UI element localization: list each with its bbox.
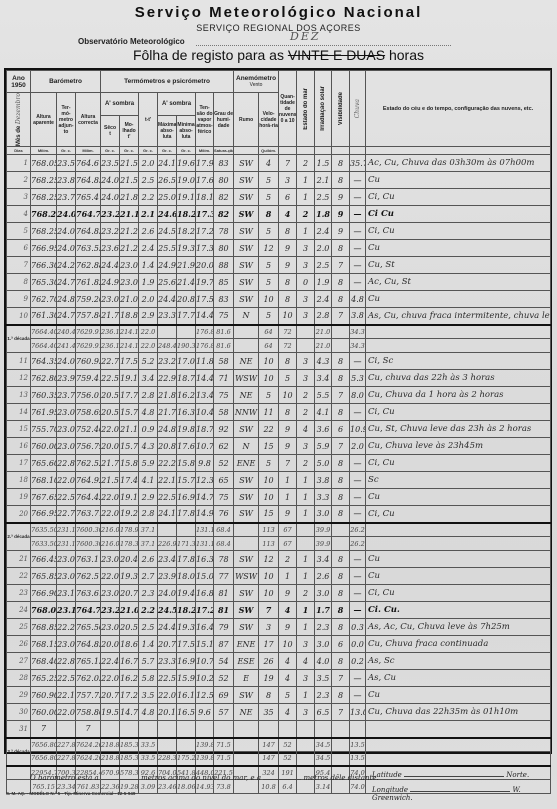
cell-alt-ap: 762.80 (31, 370, 57, 387)
table-row: 21766.4523.0763.1723.020.42.623.417.816.… (7, 551, 551, 568)
cell-chuva: 8.0 (350, 387, 366, 404)
cell-molh: 21.0 (120, 602, 139, 619)
day-cell: 23 (7, 585, 31, 602)
decade-value (297, 537, 315, 551)
cell-dif: 2.8 (139, 387, 158, 404)
cell-neb: 4 (279, 206, 297, 223)
cell-vis: 8 (332, 687, 350, 704)
cell-tensao: 12.5 (196, 687, 214, 704)
cell-max: 24.1 (158, 506, 177, 523)
cell-alt-cor: 756.79 (76, 438, 101, 455)
cell-vel: 5 (259, 189, 279, 206)
cell-tensao: 17.6 (196, 172, 214, 189)
cell-tensao: 14.4 (196, 370, 214, 387)
cell-rumo: N (234, 308, 259, 325)
cell-alt-ap: 766.90 (31, 585, 57, 602)
decade-value: 7635.50 (31, 523, 57, 537)
cell-term: 24.0 (57, 353, 76, 370)
cell-neb: 2 (279, 551, 297, 568)
cell-mar: 2 (297, 585, 315, 602)
cell-seco: 22.0 (101, 489, 120, 506)
cell-vis: 8 (332, 455, 350, 472)
cell-max: 22.9 (158, 370, 177, 387)
cell-vis: 8 (332, 602, 350, 619)
cell-chuva: 0.0 (350, 636, 366, 653)
unit-cell: Gr. c. (101, 147, 120, 155)
decade-value: 240.4 (57, 325, 76, 339)
decade-value (332, 339, 350, 353)
barometer-note: O barómetro está a metros acima do nível… (30, 774, 379, 782)
table-row: 1768.0523.5764.6723.521.52.024.119.617.9… (7, 155, 551, 172)
decade-value (332, 537, 350, 551)
decade-value (332, 523, 350, 537)
cell-rumo: SW (234, 472, 259, 489)
max-temp-header: Máxima abso-luta (158, 115, 177, 147)
cell-alt-cor: 764.78 (76, 206, 101, 223)
cell-min: 15.9 (177, 670, 196, 687)
decade-value: 67 (279, 523, 297, 537)
cell-alt-ap: 762.70 (31, 291, 57, 308)
cell-dif (139, 721, 158, 738)
cell-dif: 2.0 (139, 291, 158, 308)
cell-alt-cor: 764.67 (76, 155, 101, 172)
cell-sky-state: Sc (366, 472, 551, 489)
decade-blank (366, 752, 551, 766)
cell-vel: 12 (259, 240, 279, 257)
table-row: 26768.1523.0764.8520.018.61.420.717.515.… (7, 636, 551, 653)
decade-value (177, 738, 196, 752)
cell-max: 24.6 (158, 206, 177, 223)
day-cell: 8 (7, 274, 31, 291)
cell-sky-state: As, Cu (366, 670, 551, 687)
cell-term: 22.7 (57, 506, 76, 523)
cell-molh: 16.2 (120, 670, 139, 687)
cell-mar: 3 (297, 308, 315, 325)
cell-term: 23.1 (57, 602, 76, 619)
cell-chuva: 0.2 (350, 653, 366, 670)
cell-dif: 4.8 (139, 404, 158, 421)
cell-irr: 3.6 (315, 421, 332, 438)
decade-value: 13.5 (350, 752, 366, 766)
decade-value (297, 752, 315, 766)
corrected-height-header: Altura correcta (76, 93, 101, 147)
attached-thermometer-header: Ter-mó-metro adjun-to (57, 93, 76, 147)
cell-alt-ap: 766.45 (31, 551, 57, 568)
table-row: 28765.2522.5762.0322.016.25.822.515.910.… (7, 670, 551, 687)
unit-cell: Gr. c. (139, 147, 158, 155)
cell-hum: 58 (214, 404, 234, 421)
decade-value: 26.2 (350, 537, 366, 551)
cell-mar: 3 (297, 704, 315, 721)
cell-molh: 21.5 (120, 155, 139, 172)
decade-value: 7656.80 (31, 752, 57, 766)
cell-hum: 78 (214, 551, 234, 568)
cell-min: 17.6 (177, 438, 196, 455)
unit-cell: Quilóm. (259, 147, 279, 155)
cell-max: 24.9 (158, 257, 177, 274)
decade-summary-row: 1.ª década7664.40240.47629.91236.1214.12… (7, 325, 551, 339)
cell-mar: 4 (297, 421, 315, 438)
cell-rumo: ENE (234, 636, 259, 653)
shade-header-1: A' sombra (101, 93, 139, 116)
cell-sky-state: Cu, Chuva fraca continuada (366, 636, 551, 653)
cell-mar: 0 (297, 274, 315, 291)
cell-dif: 5.8 (139, 670, 158, 687)
cell-vis: 7 (332, 704, 350, 721)
cell-rumo: NE (234, 387, 259, 404)
cell-hum: 81 (214, 585, 234, 602)
sea-state-header: Estado do mar (297, 71, 315, 147)
cell-alt-cor: 765.47 (76, 189, 101, 206)
decade-value: 13.5 (350, 738, 366, 752)
cell-irr: 3.0 (315, 585, 332, 602)
wind-speed-header: Velo-cidade horá-ria (259, 93, 279, 147)
cell-rumo: SW (234, 223, 259, 240)
cell-max: 23.3 (158, 653, 177, 670)
table-row: 9762.7024.8759.2023.021.02.024.420.817.5… (7, 291, 551, 308)
cell-term: 24.0 (57, 206, 76, 223)
cell-chuva: 3.8 (350, 308, 366, 325)
cell-tensao: 10.7 (196, 653, 214, 670)
table-row: 2768.2523.8764.8524.021.52.526.519.017.6… (7, 172, 551, 189)
cell-hum: 87 (214, 636, 234, 653)
unit-cell: Gr. c. (120, 147, 139, 155)
cell-seco: 24.0 (101, 189, 120, 206)
decade-value: 68.4 (214, 537, 234, 551)
cell-irr: 4.1 (315, 404, 332, 421)
cell-chuva: 5.3 (350, 370, 366, 387)
cell-min: 18.0 (177, 568, 196, 585)
cell-vel: 35 (259, 704, 279, 721)
decade-blank (366, 339, 551, 353)
cell-vis: 8 (332, 653, 350, 670)
cell-vis: 9 (332, 189, 350, 206)
cell-irr: 2.5 (315, 257, 332, 274)
unit-cell: Milím. (76, 147, 101, 155)
apparent-height-header: Altura aparente (31, 93, 57, 147)
cell-max: 25.5 (158, 240, 177, 257)
cell-max: 21.7 (158, 404, 177, 421)
cell-mar: 3 (297, 636, 315, 653)
cell-min: 19.0 (177, 172, 196, 189)
cell-max: 24.0 (158, 585, 177, 602)
cell-alt-ap: 766.95 (31, 506, 57, 523)
cell-vel: 10 (259, 370, 279, 387)
cell-tensao: 16.4 (196, 619, 214, 636)
register-sheet: Serviço Meteorológico Nacional SERVIÇO R… (0, 0, 557, 809)
day-cell: 5 (7, 223, 31, 240)
day-cell: 4 (7, 206, 31, 223)
decade-value: 7633.50 (31, 537, 57, 551)
decade-blank (366, 325, 551, 339)
cell-vis: 9 (332, 223, 350, 240)
cell-alt-ap: 768.25 (31, 189, 57, 206)
cell-dif: 4.1 (139, 472, 158, 489)
anemometer-header: Anemómetro Vento (234, 71, 279, 93)
decade-value (297, 325, 315, 339)
cell-molh: 23.0 (120, 257, 139, 274)
cell-vel: 12 (259, 551, 279, 568)
cell-sky-state: Cu (366, 568, 551, 585)
day-cell: 20 (7, 506, 31, 523)
cell-rumo: NE (234, 353, 259, 370)
cell-seco: 23.0 (101, 551, 120, 568)
day-cell: 14 (7, 404, 31, 421)
service-subtitle: SERVIÇO REGIONAL DOS AÇORES (0, 23, 557, 33)
cell-irr: 3.0 (315, 636, 332, 653)
cell-mar: 2 (297, 455, 315, 472)
dry-bulb-header: Sêcot (101, 115, 120, 147)
decade-value: 7629.91 (76, 325, 101, 339)
table-row: 3177 (7, 721, 551, 738)
cell-rumo: SW (234, 257, 259, 274)
year-header: Ano 1950 (7, 71, 31, 93)
cell-neb: 9 (279, 585, 297, 602)
cell-tensao: 17.2 (196, 223, 214, 240)
cell-vel: 8 (259, 206, 279, 223)
thermometer-header: Termómetros e psicrómetro (101, 71, 234, 93)
cell-dif: 2.5 (139, 172, 158, 189)
cell-neb: 4 (279, 704, 297, 721)
cell-rumo: SW (234, 206, 259, 223)
cell-min: 19.3 (177, 619, 196, 636)
decade-value: 34.3 (350, 339, 366, 353)
cell-dif: 4.8 (139, 704, 158, 721)
cell-max: 20.8 (158, 438, 177, 455)
cell-max: 25.0 (158, 189, 177, 206)
decade-value: 71.5 (214, 738, 234, 752)
unit-cell (366, 147, 551, 155)
cell-irr: 2.4 (315, 223, 332, 240)
decade-value: 37.1 (139, 523, 158, 537)
cell-dif: 3.4 (139, 370, 158, 387)
cell-alt-cor: 765.50 (76, 619, 101, 636)
cell-tensao: 13.4 (196, 387, 214, 404)
cell-vis: 8 (332, 274, 350, 291)
cell-chuva: 2.0 (350, 438, 366, 455)
decade-value: 39.9 (315, 537, 332, 551)
decade-value: 241.4 (57, 339, 76, 353)
cell-tensao: 14.7 (196, 489, 214, 506)
cell-neb (279, 721, 297, 738)
cell-min: 15.7 (177, 472, 196, 489)
cell-seco: 24.4 (101, 257, 120, 274)
cell-vel: 5 (259, 274, 279, 291)
cell-rumo: SW (234, 489, 259, 506)
cell-molh: 14.7 (120, 704, 139, 721)
decade-summary-row: 3.ª década7656.80227.87624.26218.8185.33… (7, 738, 551, 752)
cell-alt-ap: 765.30 (31, 274, 57, 291)
cell-vel: 5 (259, 387, 279, 404)
day-cell: 3 (7, 189, 31, 206)
cell-sky-state: As, Sc (366, 653, 551, 670)
cell-rumo: SW (234, 602, 259, 619)
cell-vel: 22 (259, 421, 279, 438)
cell-term: 23.0 (57, 636, 76, 653)
rain-header: Chuva (350, 71, 366, 147)
cell-min: 19.1 (177, 189, 196, 206)
observatory-value: DEZ (290, 30, 321, 43)
decade-value: 64 (259, 339, 279, 353)
cell-term: 23.1 (57, 585, 76, 602)
cell-vis: 8 (332, 619, 350, 636)
cell-alt-ap: 768.85 (31, 619, 57, 636)
cell-min: 19.3 (177, 240, 196, 257)
cell-neb: 1 (279, 489, 297, 506)
cell-sky-state: Ac, Cu, St (366, 274, 551, 291)
day-cell: 21 (7, 551, 31, 568)
cell-term: 23.0 (57, 568, 76, 585)
cell-sky-state (366, 721, 551, 738)
cell-alt-cor: 756.01 (76, 387, 101, 404)
cell-alt-ap: 761.30 (31, 308, 57, 325)
cell-irr: 3.4 (315, 551, 332, 568)
day-cell: 6 (7, 240, 31, 257)
cell-dif: 5.9 (139, 455, 158, 472)
cell-irr: 1.7 (315, 602, 332, 619)
cell-alt-ap: 7 (31, 721, 57, 738)
table-row: 7766.3024.2762.8824.423.01.424.921.920.0… (7, 257, 551, 274)
table-row: 29760.9022.1757.7320.717.23.522.016.112.… (7, 687, 551, 704)
cell-alt-ap: 765.85 (31, 568, 57, 585)
sheet-title-suffix: horas (389, 47, 424, 63)
cell-neb: 1 (279, 568, 297, 585)
cell-min: 18.2 (177, 602, 196, 619)
decade-value: 214.1 (120, 339, 139, 353)
cell-vis: 8 (332, 370, 350, 387)
unit-cell: Gr. c. (57, 147, 76, 155)
cell-molh: 21.2 (120, 223, 139, 240)
cell-term: 22.0 (57, 472, 76, 489)
cell-rumo: SW (234, 155, 259, 172)
cell-hum: 77 (214, 568, 234, 585)
cell-max: 22.2 (158, 455, 177, 472)
unit-cell: Satura-ção=100 (214, 147, 234, 155)
cell-mar: 3 (297, 353, 315, 370)
cell-sky-state: Ci, Cu (366, 506, 551, 523)
cell-rumo: SW (234, 291, 259, 308)
sheet-title-prefix: Fôlha de registo para as (133, 47, 284, 63)
cell-hum: 65 (214, 472, 234, 489)
day-cell: 9 (7, 291, 31, 308)
cell-molh: 21.8 (120, 189, 139, 206)
cell-sky-state: Cu (366, 551, 551, 568)
day-cell: 22 (7, 568, 31, 585)
decade-value: 21.0 (315, 325, 332, 339)
decade-value (234, 325, 259, 339)
cell-neb: 6 (279, 189, 297, 206)
cell-sky-state: Cu, St (366, 257, 551, 274)
decade-value: 231.1 (57, 523, 76, 537)
cell-alt-ap: 765.60 (31, 455, 57, 472)
cell-tensao: 12.3 (196, 472, 214, 489)
cell-neb: 8 (279, 223, 297, 240)
cell-neb: 10 (279, 636, 297, 653)
cell-mar: 1 (297, 687, 315, 704)
cell-irr: 2.5 (315, 189, 332, 206)
cell-chuva: — (350, 506, 366, 523)
cell-seco: 24.9 (101, 274, 120, 291)
solar-irradiation-header: Irradiação solar (315, 71, 332, 147)
cell-alt-cor: 764.85 (76, 172, 101, 189)
t-minus-t-header: t-t' (139, 93, 158, 147)
decade-value (297, 738, 315, 752)
decade-value: 236.1 (101, 325, 120, 339)
cell-irr: 4.0 (315, 653, 332, 670)
humidity-header: Grau de humi-dade (214, 93, 234, 147)
cell-seco: 22.0 (101, 568, 120, 585)
units-row: Dias Milím.Gr. c.Milím.Gr. c.Gr. c.Gr. c… (7, 147, 551, 155)
year-label: Ano (7, 75, 30, 82)
cell-dif: 1.9 (139, 274, 158, 291)
decade-value: 34.5 (315, 752, 332, 766)
cell-chuva: — (350, 687, 366, 704)
decade-value: 147 (259, 752, 279, 766)
sheet-title: Fôlha de registo para as VINTE E DUAS ho… (0, 47, 557, 63)
cell-irr: 5.0 (315, 455, 332, 472)
cell-min: 16.9 (177, 653, 196, 670)
cell-sky-state: Ci, Cu (366, 585, 551, 602)
table-row: 6766.9524.0763.5523.621.22.425.519.317.3… (7, 240, 551, 257)
cell-rumo: SW (234, 240, 259, 257)
day-cell: 18 (7, 472, 31, 489)
decade-value: 178.3 (120, 537, 139, 551)
cell-rumo (234, 721, 259, 738)
cell-sky-state: Ci, Cu (366, 455, 551, 472)
cell-irr: 4.3 (315, 353, 332, 370)
cell-seco: 23.6 (101, 240, 120, 257)
cell-chuva: — (350, 472, 366, 489)
cell-neb: 8 (279, 291, 297, 308)
decade-value: 72 (279, 339, 297, 353)
cell-sky-state: Cu, Chuva leve às 23h45m (366, 438, 551, 455)
cell-max: 24.4 (158, 291, 177, 308)
cell-neb: 9 (279, 438, 297, 455)
cell-neb: 9 (279, 240, 297, 257)
decade-value: 7600.30 (76, 537, 101, 551)
decade-blank (366, 537, 551, 551)
cell-chuva (350, 721, 366, 738)
table-row: 19767.6522.5764.4222.019.12.922.516.914.… (7, 489, 551, 506)
decade-value: 68.4 (214, 523, 234, 537)
cell-alt-cor: 764.85 (76, 636, 101, 653)
cell-chuva: — (350, 257, 366, 274)
unit-cell (297, 147, 315, 155)
cell-chuva: 35.7 (350, 155, 366, 172)
cell-vis: 9 (332, 206, 350, 223)
cell-vel: 10 (259, 291, 279, 308)
cell-neb: 8 (279, 353, 297, 370)
decade-value: 22.0 (139, 339, 158, 353)
cell-irr: 3.4 (315, 370, 332, 387)
cell-seco: 21.7 (101, 308, 120, 325)
decade-summary-row: 7664.40241.47629.91236.1214.122.0248.419… (7, 339, 551, 353)
cell-mar: 1 (297, 602, 315, 619)
cell-irr: 6.5 (315, 704, 332, 721)
cell-sky-state: Ci, Cu (366, 189, 551, 206)
cell-neb: 3 (279, 172, 297, 189)
cell-molh: 17.5 (120, 353, 139, 370)
cell-alt-ap: 768.05 (31, 155, 57, 172)
cell-term: 24.7 (57, 308, 76, 325)
cell-chuva: — (350, 585, 366, 602)
cell-min: 17.8 (177, 506, 196, 523)
cell-sky-state: Cu (366, 172, 551, 189)
unit-cell (332, 147, 350, 155)
decade-value: 52 (279, 752, 297, 766)
cell-alt-ap: 767.65 (31, 489, 57, 506)
decade-value: 131.1 (196, 523, 214, 537)
